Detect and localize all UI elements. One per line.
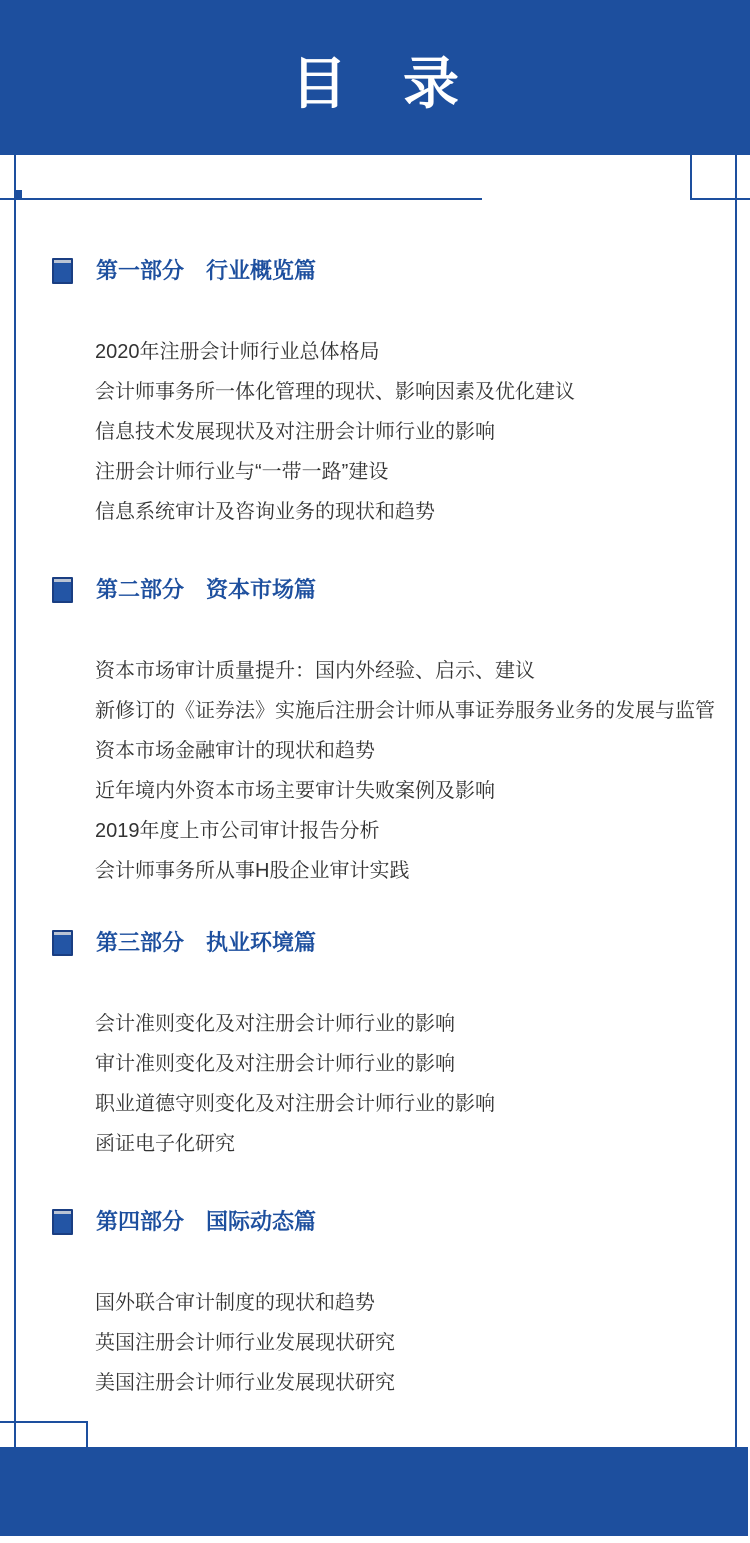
- toc-section-3: 第三部分 执业环境篇 会计准则变化及对注册会计师行业的影响 审计准则变化及对注册…: [52, 930, 712, 1164]
- book-icon: [52, 577, 73, 603]
- toc-item: 职业道德守则变化及对注册会计师行业的影响: [95, 1084, 712, 1124]
- top-right-corner-line: [690, 155, 692, 200]
- book-icon: [52, 258, 73, 284]
- toc-item: 信息系统审计及咨询业务的现状和趋势: [95, 492, 712, 532]
- toc-item: 会计师事务所从事H股企业审计实践: [95, 851, 712, 891]
- section-heading-row: 第二部分 资本市场篇: [52, 577, 712, 603]
- page-title: 目 录: [291, 36, 459, 120]
- toc-item: 信息技术发展现状及对注册会计师行业的影响: [95, 412, 712, 452]
- section-heading: 第一部分 行业概览篇: [96, 258, 316, 284]
- section-heading-row: 第四部分 国际动态篇: [52, 1209, 712, 1235]
- toc-list: 国外联合审计制度的现状和趋势 英国注册会计师行业发展现状研究 美国注册会计师行业…: [52, 1283, 712, 1403]
- right-border-line: [735, 155, 737, 1447]
- toc-item: 资本市场审计质量提升：国内外经验、启示、建议: [95, 651, 712, 691]
- book-icon: [52, 1209, 73, 1235]
- toc-item: 会计准则变化及对注册会计师行业的影响: [95, 1004, 712, 1044]
- toc-section-4: 第四部分 国际动态篇 国外联合审计制度的现状和趋势 英国注册会计师行业发展现状研…: [52, 1209, 712, 1403]
- section-heading-row: 第三部分 执业环境篇: [52, 930, 712, 956]
- toc-item: 2020年注册会计师行业总体格局: [95, 332, 712, 372]
- page-header-banner: 目 录: [0, 0, 750, 155]
- section-heading-row: 第一部分 行业概览篇: [52, 258, 712, 284]
- book-icon: [52, 930, 73, 956]
- toc-item: 美国注册会计师行业发展现状研究: [95, 1363, 712, 1403]
- toc-item: 资本市场金融审计的现状和趋势: [95, 731, 712, 771]
- toc-item: 审计准则变化及对注册会计师行业的影响: [95, 1044, 712, 1084]
- toc-item: 注册会计师行业与“一带一路”建设: [95, 452, 712, 492]
- bottom-left-corner-line: [86, 1421, 88, 1447]
- toc-list: 2020年注册会计师行业总体格局 会计师事务所一体化管理的现状、影响因素及优化建…: [52, 332, 712, 532]
- bottom-left-rule: [0, 1421, 88, 1423]
- toc-item: 国外联合审计制度的现状和趋势: [95, 1283, 712, 1323]
- toc-item: 英国注册会计师行业发展现状研究: [95, 1323, 712, 1363]
- footer-band: [0, 1447, 748, 1536]
- toc-list: 会计准则变化及对注册会计师行业的影响 审计准则变化及对注册会计师行业的影响 职业…: [52, 1004, 712, 1164]
- toc-item: 会计师事务所一体化管理的现状、影响因素及优化建议: [95, 372, 712, 412]
- section-heading: 第二部分 资本市场篇: [96, 577, 316, 603]
- top-left-square-accent: [14, 190, 22, 199]
- toc-page: 目 录 第一部分 行业概览篇 2020年注册会计师行业总体格局 会计师事务所一体…: [0, 0, 750, 1543]
- section-heading: 第三部分 执业环境篇: [96, 930, 316, 956]
- toc-section-1: 第一部分 行业概览篇 2020年注册会计师行业总体格局 会计师事务所一体化管理的…: [52, 258, 712, 532]
- left-border-line: [14, 155, 16, 1447]
- section-heading: 第四部分 国际动态篇: [96, 1209, 316, 1235]
- toc-item: 2019年度上市公司审计报告分析: [95, 811, 712, 851]
- toc-list: 资本市场审计质量提升：国内外经验、启示、建议 新修订的《证券法》实施后注册会计师…: [52, 651, 712, 891]
- toc-item: 新修订的《证券法》实施后注册会计师从事证券服务业务的发展与监管: [95, 691, 712, 731]
- toc-section-2: 第二部分 资本市场篇 资本市场审计质量提升：国内外经验、启示、建议 新修订的《证…: [52, 577, 712, 891]
- toc-item: 函证电子化研究: [95, 1124, 712, 1164]
- top-left-rule: [0, 198, 482, 200]
- top-right-rule: [690, 198, 750, 200]
- toc-item: 近年境内外资本市场主要审计失败案例及影响: [95, 771, 712, 811]
